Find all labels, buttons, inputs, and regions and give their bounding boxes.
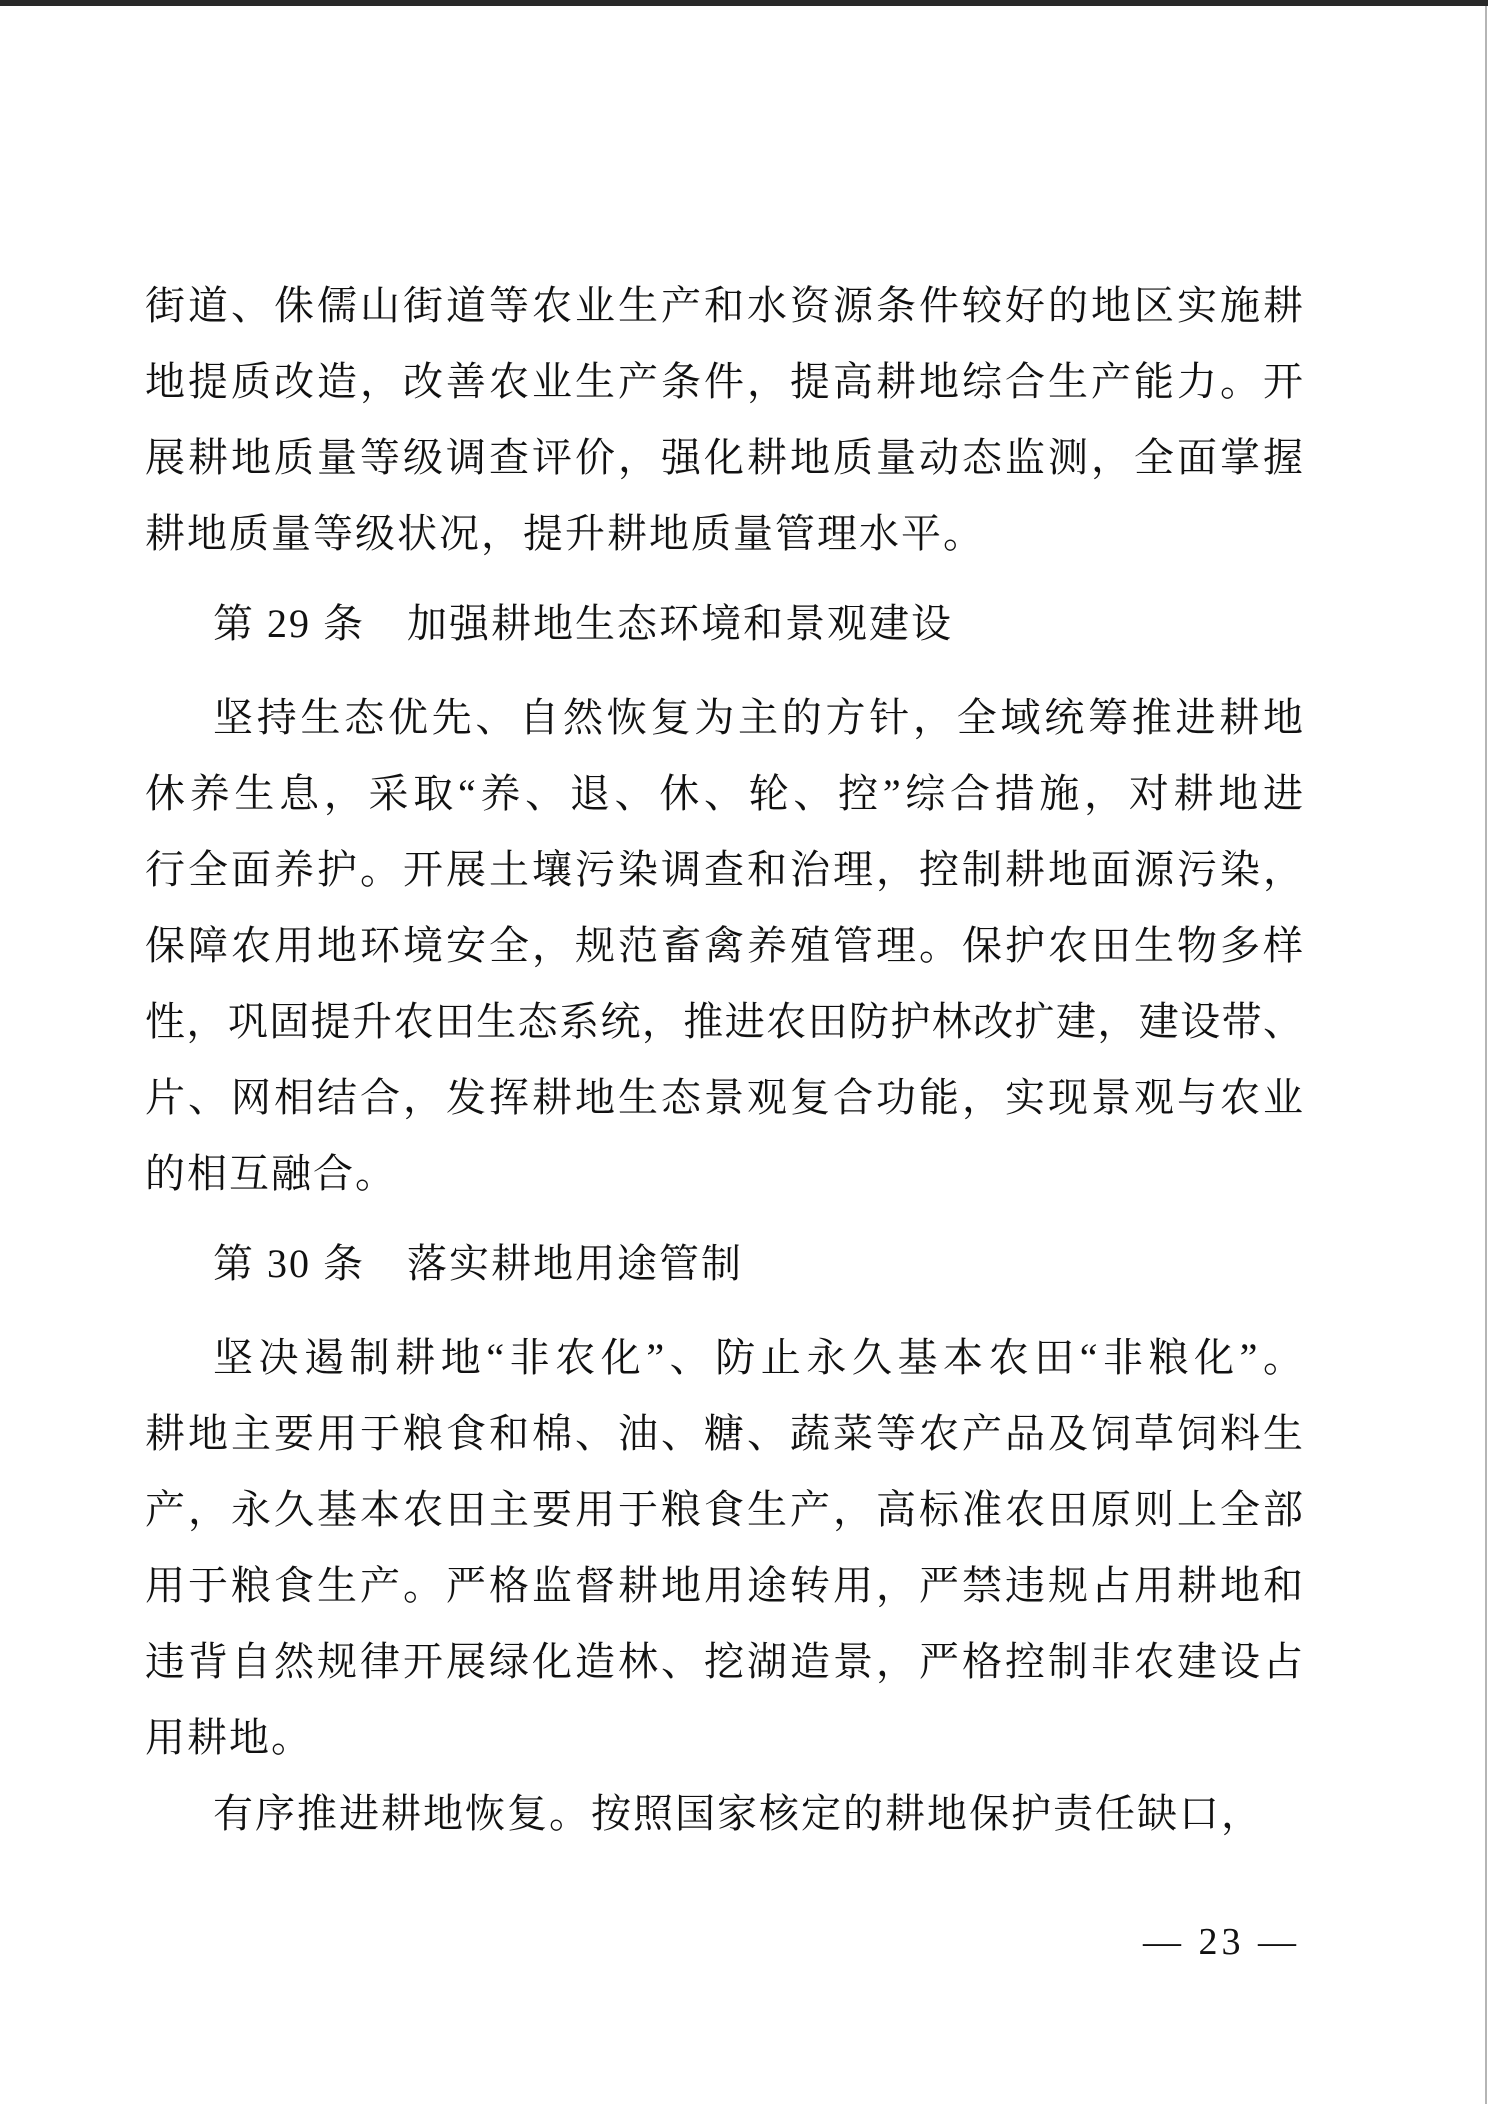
text-line: 坚决遏制耕地“非农化”、防止永久基本农田“非粮化”。 <box>145 1320 1303 1396</box>
text-line: 坚持生态优先、自然恢复为主的方针，全域统筹推进耕地 <box>145 680 1303 756</box>
text-line: 违背自然规律开展绿化造林、挖湖造景，严格控制非农建设占 <box>145 1624 1303 1700</box>
text-line: 产，永久基本农田主要用于粮食生产，高标准农田原则上全部 <box>145 1472 1303 1548</box>
text-line: 有序推进耕地恢复。按照国家核定的耕地保护责任缺口， <box>145 1776 1303 1852</box>
text-line: 用耕地。 <box>145 1700 1303 1776</box>
text-line: 地提质改造，改善农业生产条件，提高耕地综合生产能力。开 <box>145 344 1303 420</box>
scan-top-edge <box>0 0 1488 6</box>
text-line: 用于粮食生产。严格监督耕地用途转用，严禁违规占用耕地和 <box>145 1548 1303 1624</box>
text-line: 休养生息，采取“养、退、休、轮、控”综合措施，对耕地进 <box>145 756 1303 832</box>
text-line: 耕地质量等级状况，提升耕地质量管理水平。 <box>145 496 1303 572</box>
text-line: 耕地主要用于粮食和棉、油、糖、蔬菜等农产品及饲草饲料生 <box>145 1396 1303 1472</box>
text-line: 行全面养护。开展土壤污染调查和治理，控制耕地面源污染， <box>145 832 1303 908</box>
text-line: 展耕地质量等级调查评价，强化耕地质量动态监测，全面掌握 <box>145 420 1303 496</box>
document-content: 街道、侏儒山街道等农业生产和水资源条件较好的地区实施耕地提质改造，改善农业生产条… <box>145 268 1303 1852</box>
document-page: 街道、侏儒山街道等农业生产和水资源条件较好的地区实施耕地提质改造，改善农业生产条… <box>0 0 1488 2104</box>
scan-right-edge <box>1485 6 1487 2104</box>
text-line: 街道、侏儒山街道等农业生产和水资源条件较好的地区实施耕 <box>145 268 1303 344</box>
section-heading: 第 29 条 加强耕地生态环境和景观建设 <box>145 586 1303 662</box>
section-heading: 第 30 条 落实耕地用途管制 <box>145 1226 1303 1302</box>
text-line: 的相互融合。 <box>145 1136 1303 1212</box>
text-line: 保障农用地环境安全，规范畜禽养殖管理。保护农田生物多样 <box>145 908 1303 984</box>
page-number: — 23 — <box>1143 1918 1300 1966</box>
text-line: 片、网相结合，发挥耕地生态景观复合功能，实现景观与农业 <box>145 1060 1303 1136</box>
text-line: 性，巩固提升农田生态系统，推进农田防护林改扩建，建设带、 <box>145 984 1303 1060</box>
